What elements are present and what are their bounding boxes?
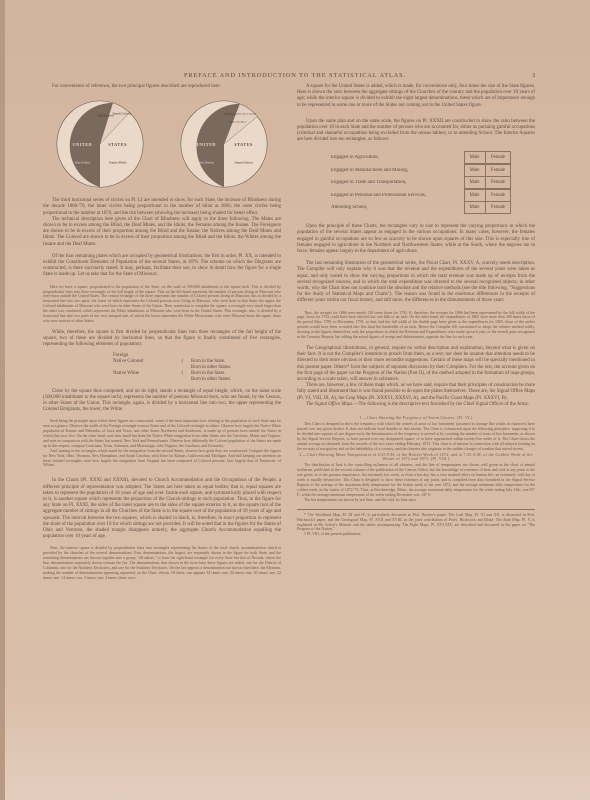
element-item: Born in the State. bbox=[191, 371, 225, 376]
running-header: PREFACE AND INTRODUCTION TO THE STATISTI… bbox=[0, 72, 590, 79]
element-item: Born in other States. bbox=[191, 365, 231, 370]
pie1-center-left: UNITED bbox=[73, 142, 93, 147]
pie2-top-mid: Indians and Chinese bbox=[229, 122, 246, 124]
caption-storm-centres: 1.—Chart Showing the Frequency of Storm … bbox=[297, 416, 535, 420]
paragraph-technical: The technical description here given of … bbox=[43, 217, 281, 248]
paragraph-fiscal-chart: The last remaining illustration of the g… bbox=[297, 261, 535, 304]
note-denominations: Next, the interior square is divided by … bbox=[43, 546, 281, 580]
paragraph-signal-office: The Signal Office Maps.—The following is… bbox=[297, 402, 535, 408]
population-elements: Foreign Native Colored{Born in the State… bbox=[113, 353, 281, 383]
pie2-bottom-right: Female (Native) bbox=[235, 162, 253, 165]
pie2-center-right: STATES bbox=[234, 142, 253, 147]
caption-temperatures: 2.—Chart Showing Mean Temperatures at 4:… bbox=[297, 453, 535, 461]
pie1-bottom-left: Male (White) bbox=[75, 162, 90, 165]
paragraph-special-maps: There are, however, a few of these maps … bbox=[297, 383, 535, 402]
page-number: 3 bbox=[532, 72, 535, 79]
pie1-top-left: Male (Colored) bbox=[98, 115, 114, 118]
pie-figures: UNITED STATES Male (Colored) Female (Col… bbox=[43, 90, 281, 198]
paragraph-blindness: The third horizontal series of circles o… bbox=[43, 198, 281, 217]
note-missouri-square: Here we have a square, proportioned to t… bbox=[43, 285, 281, 324]
left-column: For convenience of reference, the two pr… bbox=[43, 84, 281, 581]
pie2-center-left: UNITED bbox=[197, 142, 217, 147]
occupations-table: Engaged in Agriculture,MaleFemale Engage… bbox=[331, 152, 511, 215]
pie2-bottom-left: Male (Native) bbox=[199, 162, 215, 165]
pie-chart-2: UNITED STATES Male (Colored) Female (Col… bbox=[175, 92, 273, 196]
pie2-top-left: Male (Colored) bbox=[225, 113, 240, 116]
footnote-2: † Pl. VIII, of the present publication. bbox=[297, 532, 535, 537]
pie2-top-right: Female (Colored) bbox=[239, 113, 256, 116]
note-storm-centres: This Chart is designed to show the frequ… bbox=[297, 422, 535, 451]
right-column: A square for the United States is added,… bbox=[297, 84, 535, 537]
note-lines: The hot temperatures are shown by red li… bbox=[297, 498, 535, 503]
occupation-row: Engaged in Manufactures and Mining,MaleF… bbox=[331, 164, 511, 177]
note-receipts: Thus, the receipts for 1866 were nearly … bbox=[297, 311, 535, 340]
occupation-row: Engaged in Personal and Professional Ser… bbox=[331, 189, 511, 202]
pie1-top-right: Female (Colored) bbox=[113, 113, 131, 116]
footnote-1: * The Woodland Map, Pl. III and IV, is p… bbox=[297, 513, 535, 533]
paragraph-us-square: A square for the United States is added,… bbox=[297, 84, 535, 109]
page-binding-edge bbox=[0, 0, 5, 800]
element-group: Native Colored bbox=[113, 359, 181, 371]
occupation-row: Engaged in Agriculture,MaleFemale bbox=[331, 152, 511, 165]
footnote-divider bbox=[297, 509, 535, 510]
paragraph-principle: Upon the principle of these Charts, the … bbox=[297, 224, 535, 255]
pie1-bottom-right: Female (White) bbox=[109, 162, 126, 165]
note-principle: Such being the principle upon which thes… bbox=[43, 419, 281, 448]
paragraph-geographical: The Geographical illustrations, in gener… bbox=[297, 346, 535, 383]
paragraph-geometrical: Of the four remaining plates which are o… bbox=[43, 254, 281, 279]
paragraph-rectangles: While, therefore, the square is first di… bbox=[43, 330, 281, 349]
pie1-center-right: STATES bbox=[108, 142, 127, 147]
paragraph-church-charts: In the Charts (Pl. XXXI and XXXII), devo… bbox=[43, 478, 281, 540]
element-item: Born in other States. bbox=[191, 377, 231, 382]
paragraph-emigrants: Close by the square thus composed, and o… bbox=[43, 389, 281, 414]
document-page: PREFACE AND INTRODUCTION TO THE STATISTI… bbox=[0, 0, 590, 800]
note-temperatures: The distribution of heat is the controll… bbox=[297, 463, 535, 497]
element-item: Born in the State. bbox=[191, 359, 225, 364]
paragraph-occupations: Upon the same plan and on the same scale… bbox=[297, 119, 535, 144]
occupation-row: Engaged in Trade and Transportation,Male… bbox=[331, 177, 511, 190]
signal-office-heading: The Signal Office Maps. bbox=[306, 402, 354, 407]
element-group: Native White bbox=[113, 371, 181, 383]
pie-chart-1: UNITED STATES Male (Colored) Female (Col… bbox=[51, 92, 149, 196]
note-emigration: And, turning to the rectangles which sta… bbox=[43, 449, 281, 469]
occupation-row: Attending School,MaleFemale bbox=[331, 202, 511, 215]
